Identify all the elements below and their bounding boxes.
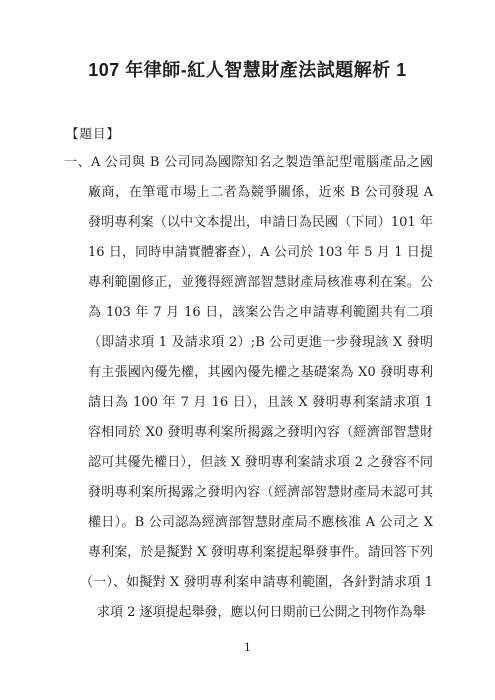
body-line: 為 103 年 7 月 16 日，該案公告之申請專利範圍共有二項請求項 — [64, 298, 433, 328]
body-line: 權日）。B 公司認為經濟部智慧財產局不應核准 A 公司之 X 發明 — [64, 508, 433, 538]
body-line-subquestion: （一）、如擬對 X 發明專利案申請專利範圍，各針對請求項 1 及請 — [64, 568, 433, 598]
body-line: 專利案，於是擬對 X 發明專利案提起舉發事件。請回答下列問題： — [64, 538, 433, 568]
body-line: 容相同於 X0 發明專利案所揭露之發明內容（經濟部智慧財產局 — [64, 418, 433, 448]
section-label-question: 【題目】 — [66, 126, 120, 142]
body-line: 請日為 100 年 7 月 16 日），且該 X 發明專利案請求項 1 之發明內 — [64, 388, 433, 418]
body-line: 16 日，同時申請實體審查），A 公司於 103 年 5 月 1 日提出申請 — [64, 238, 433, 268]
body-line: 認可其優先權日），但該 X 發明專利案請求項 2 之發容不同於 X0 — [64, 448, 433, 478]
page-number: 1 — [0, 641, 495, 654]
body-line: 專利範圍修正，並獲得經濟部智慧財產局核准專利在案。公告日 — [64, 268, 433, 298]
body-line: 發明專利案（以中文本提出，申請日為民國（下同）101 年 7 月 — [64, 208, 433, 238]
body-line: （即請求項 1 及請求項 2）;B 公司更進一步發現該 X 發明專利案 — [64, 328, 433, 358]
body-line-subquestion: 求項 2 逐項提起舉發，應以何日期前已公開之刊物作為舉 — [64, 598, 433, 628]
body-line: 發明專利案所揭露之發明內容（經濟部智慧財產局未認可其優先 — [64, 478, 433, 508]
document-page: 107 年律師-紅人智慧財產法試題解析 1 【題目】 一、A 公司與 B 公司同… — [0, 0, 495, 700]
body-line: 有主張國內優先權，其國內優先權之基礎案為 X0 發明專利案（申 — [64, 358, 433, 388]
document-title: 107 年律師-紅人智慧財產法試題解析 1 — [0, 58, 495, 82]
question-body: 一、A 公司與 B 公司同為國際知名之製造筆記型電腦產品之國內系統 廠商，在筆電… — [64, 148, 433, 628]
body-line: 廠商，在筆電市場上二者為競爭關係，近來 B 公司發現 A 公司 X — [64, 178, 433, 208]
body-line: 一、A 公司與 B 公司同為國際知名之製造筆記型電腦產品之國內系統 — [64, 148, 433, 178]
